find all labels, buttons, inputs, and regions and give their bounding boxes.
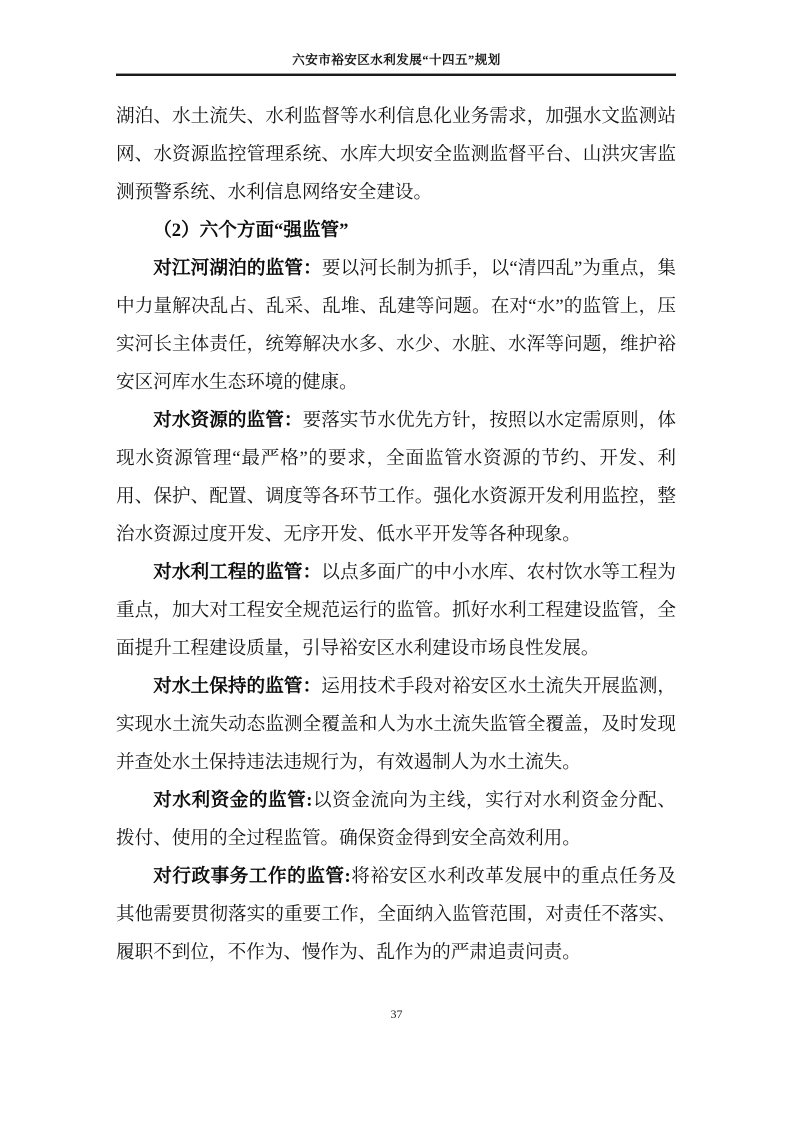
paragraph-lead: 对江河湖泊的监管： — [153, 258, 322, 279]
document-page: 六安市裕安区水利发展“十四五”规划 湖泊、水土流失、水利监督等水利信息化业务需求… — [0, 0, 793, 1122]
paragraph-soil-conservation-supervision: 对水土保持的监管：运用技术手段对裕安区水土流失开展监测，实现水土流失动态监测全覆… — [116, 668, 676, 782]
section-heading-label: （2）六个方面“强监管” — [153, 220, 348, 241]
paragraph-lead: 对水利资金的监管: — [153, 790, 312, 811]
paragraph-lead: 对行政事务工作的监管: — [153, 866, 351, 887]
header-title: 六安市裕安区水利发展“十四五”规划 — [0, 53, 793, 68]
header-rule — [116, 73, 676, 76]
paragraph-water-resources-supervision: 对水资源的监管：要落实节水优先方针，按照以水定需原则，体现水资源管理“最严格”的… — [116, 402, 676, 554]
paragraph-rivers-lakes-supervision: 对江河湖泊的监管：要以河长制为抓手，以“清四乱”为重点，集中力量解决乱占、乱采、… — [116, 250, 676, 402]
paragraph-lead: 对水利工程的监管： — [153, 562, 321, 583]
page-number: 37 — [0, 1007, 793, 1022]
paragraph-water-projects-supervision: 对水利工程的监管：以点多面广的中小水库、农村饮水等工程为重点，加大对工程安全规范… — [116, 554, 676, 668]
paragraph-administrative-affairs-supervision: 对行政事务工作的监管:将裕安区水利改革发展中的重点任务及其他需要贯彻落实的重要工… — [116, 858, 676, 972]
document-body: 湖泊、水土流失、水利监督等水利信息化业务需求，加强水文监测站网、水资源监控管理系… — [116, 98, 676, 972]
paragraph-lead: 对水资源的监管： — [153, 410, 302, 431]
paragraph-lead: 对水土保持的监管： — [153, 676, 321, 697]
paragraph-continuation: 湖泊、水土流失、水利监督等水利信息化业务需求，加强水文监测站网、水资源监控管理系… — [116, 98, 676, 212]
paragraph-text: 湖泊、水土流失、水利监督等水利信息化业务需求，加强水文监测站网、水资源监控管理系… — [116, 106, 676, 203]
paragraph-water-funds-supervision: 对水利资金的监管:以资金流向为主线，实行对水利资金分配、拨付、使用的全过程监管。… — [116, 782, 676, 858]
section-heading: （2）六个方面“强监管” — [116, 212, 676, 250]
